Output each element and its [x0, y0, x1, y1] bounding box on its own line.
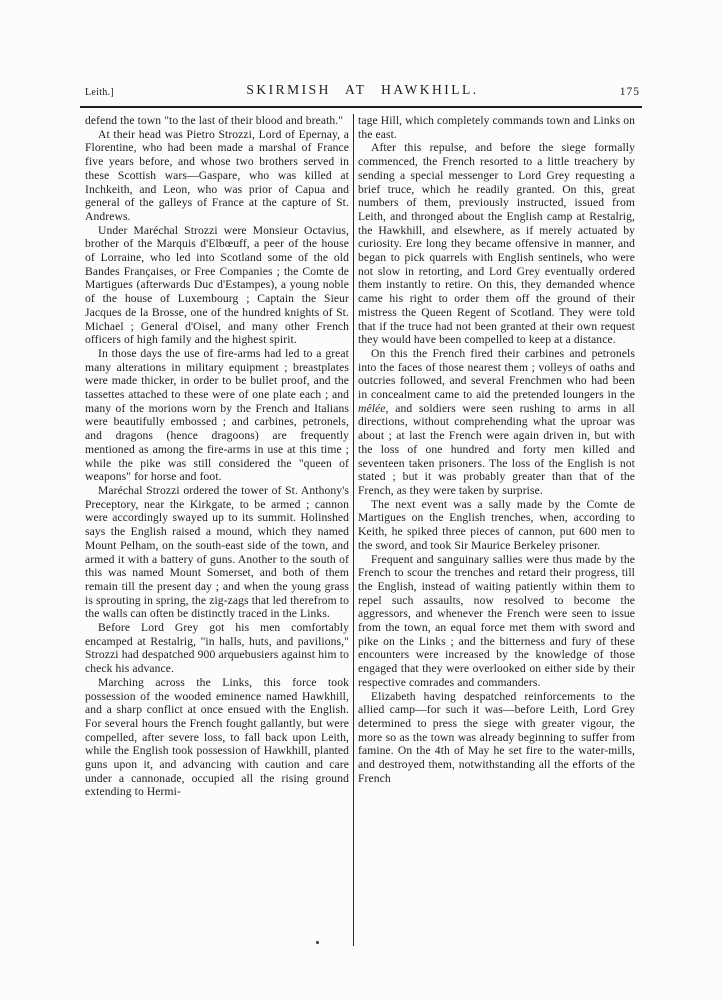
paragraph: Frequent and sanguinary sallies were thu… — [358, 553, 635, 690]
ink-speck — [316, 941, 319, 944]
body-text: At their head was Pietro Strozzi, Lord o… — [85, 128, 349, 223]
page-number: 175 — [620, 86, 640, 98]
paragraph: Under Maréchal Strozzi were Monsieur Oct… — [85, 224, 349, 347]
body-text: Under Maréchal Strozzi were Monsieur Oct… — [85, 224, 349, 347]
paragraph: Marching across the Links, this force to… — [85, 676, 349, 799]
paragraph: The next event was a sally made by the C… — [358, 498, 635, 553]
running-head: Leith.] SKIRMISH AT HAWKHILL. 175 — [85, 80, 640, 98]
body-text: Elizabeth having despatched reinforcemen… — [358, 690, 635, 785]
body-text: On this the French fired their carbines … — [358, 347, 635, 401]
italic-text: mêlée — [358, 402, 386, 415]
paragraph: defend the town "to the last of their bl… — [85, 114, 349, 128]
paragraph: Before Lord Grey got his men comfortably… — [85, 621, 349, 676]
paragraph: Elizabeth having despatched reinforcemen… — [358, 690, 635, 786]
body-text: tage Hill, which completely commands tow… — [358, 114, 635, 141]
paragraph: At their head was Pietro Strozzi, Lord o… — [85, 128, 349, 224]
column-divider-rule — [353, 114, 354, 946]
body-text: The next event was a sally made by the C… — [358, 498, 635, 552]
body-text: After this repulse, and before the siege… — [358, 141, 635, 346]
body-text: Marching across the Links, this force to… — [85, 676, 349, 799]
paragraph: tage Hill, which completely commands tow… — [358, 114, 635, 141]
body-text: defend the town "to the last of their bl… — [85, 114, 343, 127]
body-text: , and soldiers were seen rushing to arms… — [358, 402, 635, 497]
header-rule — [80, 106, 642, 108]
book-page: Leith.] SKIRMISH AT HAWKHILL. 175 defend… — [0, 0, 722, 1000]
body-text: In those days the use of fire-arms had l… — [85, 347, 349, 483]
paragraph: On this the French fired their carbines … — [358, 347, 635, 498]
body-text: Before Lord Grey got his men comfortably… — [85, 621, 349, 675]
paragraph: In those days the use of fire-arms had l… — [85, 347, 349, 484]
paragraph: Maréchal Strozzi ordered the tower of St… — [85, 484, 349, 621]
page-title: SKIRMISH AT HAWKHILL. — [85, 82, 640, 98]
paragraph: After this repulse, and before the siege… — [358, 141, 635, 347]
column-right: tage Hill, which completely commands tow… — [358, 114, 635, 946]
body-text: Frequent and sanguinary sallies were thu… — [358, 553, 635, 689]
text-columns: defend the town "to the last of their bl… — [85, 114, 635, 946]
body-text: Maréchal Strozzi ordered the tower of St… — [85, 484, 349, 620]
column-left: defend the town "to the last of their bl… — [85, 114, 349, 946]
